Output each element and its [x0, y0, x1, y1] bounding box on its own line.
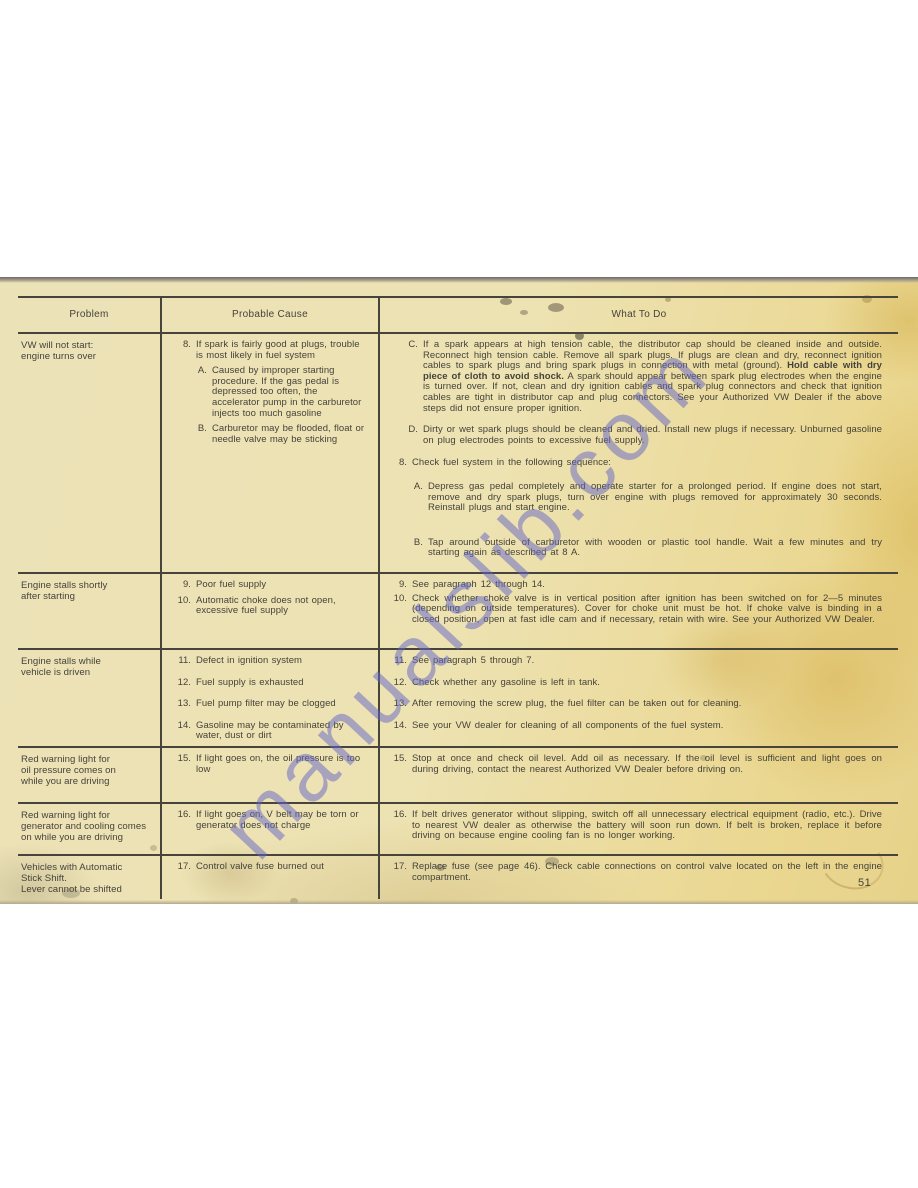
item-number: 16.: [174, 810, 191, 821]
action-item: 10. Check whether choke valve is in vert…: [390, 594, 882, 626]
item-number: 17.: [174, 862, 191, 873]
item-text: Gasoline may be contaminated by water, d…: [196, 721, 368, 742]
col-header-what-to-do: What To Do: [380, 298, 898, 332]
cause-item: 15. If light goes on, the oil pressure i…: [174, 754, 368, 775]
action-item: 12. Check whether any gasoline is left i…: [390, 678, 882, 689]
action-item: 13. After removing the screw plug, the f…: [390, 699, 882, 710]
action-item: D. Dirty or wet spark plugs should be cl…: [405, 425, 882, 446]
item-text: Stop at once and check oil level. Add oi…: [412, 754, 882, 775]
item-text: Carburetor may be flooded, float or need…: [212, 424, 368, 445]
page-scan: Problem Probable Cause What To Do VW wil…: [0, 277, 918, 904]
item-text: If light goes on, V belt may be torn or …: [196, 810, 368, 831]
cause-item: 11. Defect in ignition system: [174, 656, 368, 667]
item-number: 9.: [390, 580, 407, 591]
item-text: Fuel pump filter may be clogged: [196, 699, 368, 710]
action-item: 14. See your VW dealer for cleaning of a…: [390, 721, 882, 732]
item-number: 17.: [390, 862, 407, 873]
action-item: 15. Stop at once and check oil level. Ad…: [390, 754, 882, 775]
action-cell: 17. Replace fuse (see page 46). Check ca…: [380, 856, 898, 899]
item-number: 11.: [390, 656, 407, 667]
item-number: 10.: [174, 596, 191, 607]
problem-cell: Red warning light for oil pressure comes…: [18, 748, 162, 802]
cause-cell: 11. Defect in ignition system 12. Fuel s…: [162, 650, 380, 746]
item-text: See your VW dealer for cleaning of all c…: [412, 721, 882, 732]
action-cell: C. If a spark appears at high tension ca…: [380, 334, 898, 572]
table-row: Red warning light for generator and cool…: [18, 804, 898, 856]
item-text: Control valve fuse burned out: [196, 862, 368, 873]
col-header-problem: Problem: [18, 298, 162, 332]
problem-cell: Engine stalls while vehicle is driven: [18, 650, 162, 746]
item-number: 9.: [174, 580, 191, 591]
item-text: Check whether choke valve is in vertical…: [412, 594, 882, 626]
table-row: Vehicles with Automatic Stick Shift. Lev…: [18, 856, 898, 899]
cause-item: 8. If spark is fairly good at plugs, tro…: [174, 340, 368, 361]
action-item: 16. If belt drives generator without sli…: [390, 810, 882, 842]
cause-cell: 9. Poor fuel supply 10. Automatic choke …: [162, 574, 380, 648]
item-number: 14.: [390, 721, 407, 732]
table-row: Red warning light for oil pressure comes…: [18, 748, 898, 804]
action-item: C. If a spark appears at high tension ca…: [405, 340, 882, 414]
cause-item: 10. Automatic choke does not open, exces…: [174, 596, 368, 617]
item-text: Check fuel system in the following seque…: [412, 458, 882, 469]
item-number: 14.: [174, 721, 191, 732]
cause-cell: 8. If spark is fairly good at plugs, tro…: [162, 334, 380, 572]
item-text: Replace fuse (see page 46). Check cable …: [412, 862, 882, 883]
item-text: If a spark appears at high tension cable…: [423, 340, 882, 414]
item-number: 12.: [390, 678, 407, 689]
item-number: 10.: [390, 594, 407, 605]
cause-item: B. Carburetor may be flooded, float or n…: [194, 424, 368, 445]
table-row: Engine stalls while vehicle is driven 11…: [18, 650, 898, 748]
action-item: 8. Check fuel system in the following se…: [390, 458, 882, 469]
item-text: Depress gas pedal completely and operate…: [428, 482, 882, 514]
item-text: Dirty or wet spark plugs should be clean…: [423, 425, 882, 446]
item-number: 8.: [390, 458, 407, 469]
item-number: B.: [410, 538, 423, 549]
item-number: 15.: [390, 754, 407, 765]
item-number: 13.: [174, 699, 191, 710]
cause-item: 14. Gasoline may be contaminated by wate…: [174, 721, 368, 742]
cause-item: 9. Poor fuel supply: [174, 580, 368, 591]
item-number: 13.: [390, 699, 407, 710]
action-item: A. Depress gas pedal completely and oper…: [410, 482, 882, 514]
cause-cell: 15. If light goes on, the oil pressure i…: [162, 748, 380, 802]
action-item: B. Tap around outside of carburetor with…: [410, 538, 882, 559]
item-text: Tap around outside of carburetor with wo…: [428, 538, 882, 559]
problem-cell: Vehicles with Automatic Stick Shift. Lev…: [18, 856, 162, 899]
cause-item: 16. If light goes on, V belt may be torn…: [174, 810, 368, 831]
item-number: 12.: [174, 678, 191, 689]
col-header-probable-cause: Probable Cause: [162, 298, 380, 332]
item-number: 15.: [174, 754, 191, 765]
item-number: 16.: [390, 810, 407, 821]
action-item: 11. See paragraph 5 through 7.: [390, 656, 882, 667]
action-cell: 15. Stop at once and check oil level. Ad…: [380, 748, 898, 802]
troubleshooting-table: Problem Probable Cause What To Do VW wil…: [18, 296, 898, 899]
item-text: If light goes on, the oil pressure is to…: [196, 754, 368, 775]
cause-cell: 16. If light goes on, V belt may be torn…: [162, 804, 380, 854]
cause-item: 17. Control valve fuse burned out: [174, 862, 368, 873]
action-cell: 9. See paragraph 12 through 14. 10. Chec…: [380, 574, 898, 648]
item-text: After removing the screw plug, the fuel …: [412, 699, 882, 710]
item-number: B.: [194, 424, 207, 435]
table-header-row: Problem Probable Cause What To Do: [18, 298, 898, 334]
cause-item: 12. Fuel supply is exhausted: [174, 678, 368, 689]
item-text: See paragraph 5 through 7.: [412, 656, 882, 667]
action-cell: 11. See paragraph 5 through 7. 12. Check…: [380, 650, 898, 746]
item-text: Poor fuel supply: [196, 580, 368, 591]
item-text: See paragraph 12 through 14.: [412, 580, 882, 591]
cause-cell: 17. Control valve fuse burned out: [162, 856, 380, 899]
scanned-page-wrapper: Problem Probable Cause What To Do VW wil…: [0, 0, 918, 1188]
item-text: Caused by improper starting procedure. I…: [212, 366, 368, 419]
page-number: 51: [858, 877, 871, 889]
item-number: D.: [405, 425, 418, 436]
item-text: Fuel supply is exhausted: [196, 678, 368, 689]
item-text: Check whether any gasoline is left in ta…: [412, 678, 882, 689]
table-row: Engine stalls shortly after starting 9. …: [18, 574, 898, 650]
item-number: A.: [410, 482, 423, 493]
action-cell: 16. If belt drives generator without sli…: [380, 804, 898, 854]
table-row: VW will not start: engine turns over 8. …: [18, 334, 898, 574]
problem-cell: VW will not start: engine turns over: [18, 334, 162, 572]
cause-item: 13. Fuel pump filter may be clogged: [174, 699, 368, 710]
item-text: Defect in ignition system: [196, 656, 368, 667]
action-item: 9. See paragraph 12 through 14.: [390, 580, 882, 591]
item-number: 8.: [174, 340, 191, 351]
item-text: If spark is fairly good at plugs, troubl…: [196, 340, 368, 361]
action-item: 17. Replace fuse (see page 46). Check ca…: [390, 862, 882, 883]
item-text: Automatic choke does not open, excessive…: [196, 596, 368, 617]
item-text: If belt drives generator without slippin…: [412, 810, 882, 842]
item-number: C.: [405, 340, 418, 351]
item-number: 11.: [174, 656, 191, 667]
item-number: A.: [194, 366, 207, 377]
problem-cell: Red warning light for generator and cool…: [18, 804, 162, 854]
cause-item: A. Caused by improper starting procedure…: [194, 366, 368, 419]
problem-cell: Engine stalls shortly after starting: [18, 574, 162, 648]
